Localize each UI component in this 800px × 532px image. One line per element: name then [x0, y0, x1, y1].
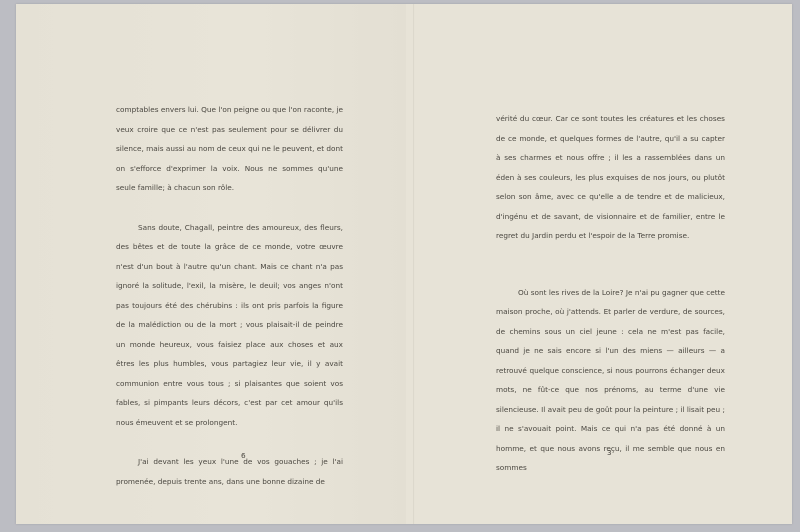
page-number-right: 3 — [607, 448, 612, 457]
paragraph: comptables envers lui. Que l'on peigne o… — [116, 100, 343, 198]
paragraph: J'ai devant les yeux l'une de vos gouach… — [116, 452, 343, 491]
paragraph: vérité du cœur. Car ce sont toutes les c… — [496, 109, 725, 246]
page-number-left: 6 — [241, 451, 246, 460]
right-page-text: vérité du cœur. Car ce sont toutes les c… — [496, 109, 725, 478]
paragraph: Sans doute, Chagall, peintre des amoureu… — [116, 218, 343, 433]
left-page-text: comptables envers lui. Que l'on peigne o… — [116, 100, 343, 491]
open-booklet: comptables envers lui. Que l'on peigne o… — [16, 4, 792, 524]
